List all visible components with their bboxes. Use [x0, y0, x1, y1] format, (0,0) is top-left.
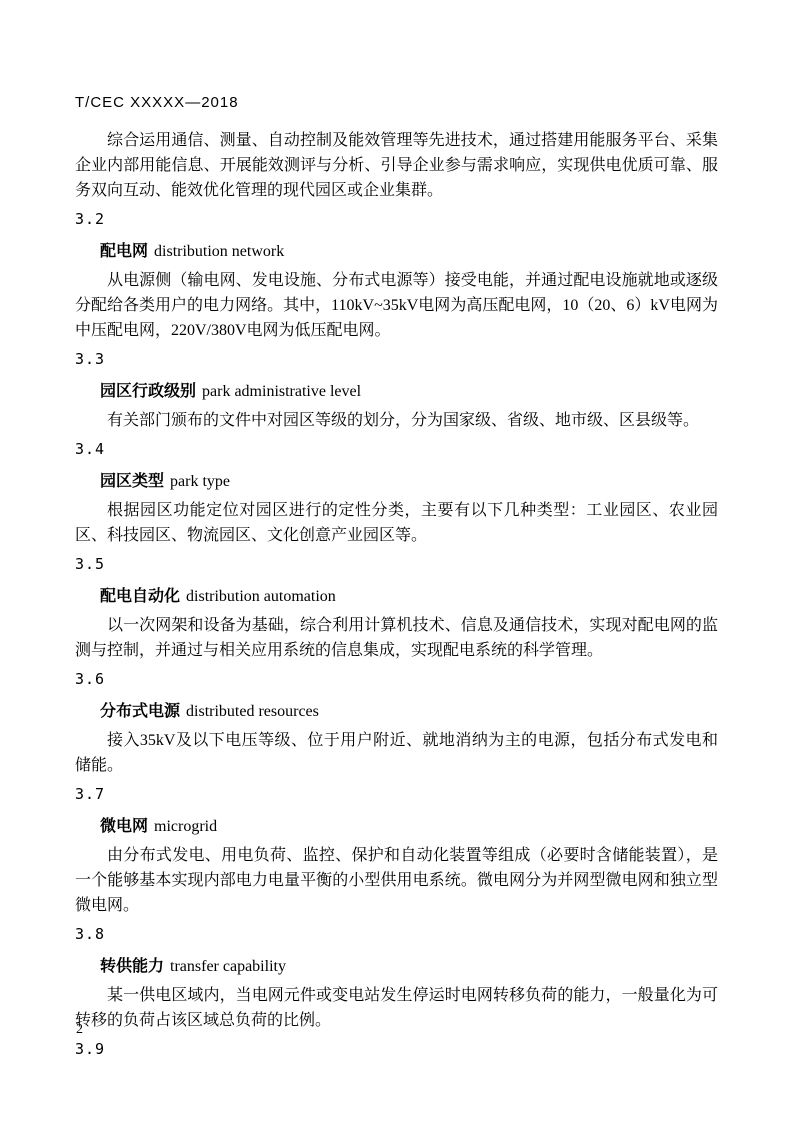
- section-number: 3.2: [75, 207, 718, 232]
- term-english: distribution network: [154, 243, 284, 260]
- term-chinese: 配电网: [100, 243, 148, 260]
- section-number: 3.9: [75, 1037, 718, 1062]
- term-line: 配电自动化distribution automation: [75, 584, 718, 609]
- document-page: T/CEC XXXXX—2018 综合运用通信、测量、自动控制及能效管理等先进技…: [0, 0, 793, 1122]
- term-definition: 从电源侧（输电网、发电设施、分布式电源等）接受电能，并通过配电设施就地或逐级分配…: [75, 268, 718, 343]
- section-number: 3.5: [75, 552, 718, 577]
- document-header-code: T/CEC XXXXX—2018: [75, 93, 718, 113]
- term-english: park type: [170, 473, 230, 490]
- term-chinese: 配电自动化: [100, 588, 180, 605]
- term-chinese: 微电网: [100, 818, 148, 835]
- term-line: 转供能力transfer capability: [75, 954, 718, 979]
- section-number: 3.6: [75, 667, 718, 692]
- section-3-4: 3.4 园区类型park type 根据园区功能定位对园区进行的定性分类，主要有…: [75, 437, 718, 548]
- term-definition: 由分布式发电、用电负荷、监控、保护和自动化装置等组成（必要时含储能装置），是一个…: [75, 843, 718, 918]
- term-english: distribution automation: [186, 588, 336, 605]
- section-number: 3.8: [75, 922, 718, 947]
- section-3-5: 3.5 配电自动化distribution automation 以一次网架和设…: [75, 552, 718, 663]
- term-definition: 接入35kV及以下电压等级、位于用户附近、就地消纳为主的电源，包括分布式发电和储…: [75, 728, 718, 778]
- section-number: 3.4: [75, 437, 718, 462]
- section-number: 3.7: [75, 782, 718, 807]
- term-english: distributed resources: [186, 703, 319, 720]
- section-3-6: 3.6 分布式电源distributed resources 接入35kV及以下…: [75, 667, 718, 778]
- term-english: microgrid: [154, 818, 217, 835]
- term-chinese: 分布式电源: [100, 703, 180, 720]
- term-line: 园区行政级别park administrative level: [75, 379, 718, 404]
- section-3-9: 3.9: [75, 1037, 718, 1062]
- term-definition: 以一次网架和设备为基础，综合利用计算机技术、信息及通信技术，实现对配电网的监测与…: [75, 613, 718, 663]
- term-definition: 有关部门颁布的文件中对园区等级的划分，分为国家级、省级、地市级、区县级等。: [75, 408, 718, 433]
- term-definition: 根据园区功能定位对园区进行的定性分类，主要有以下几种类型：工业园区、农业园区、科…: [75, 498, 718, 548]
- section-3-2: 3.2 配电网distribution network 从电源侧（输电网、发电设…: [75, 207, 718, 343]
- term-english: transfer capability: [170, 958, 286, 975]
- section-3-3: 3.3 园区行政级别park administrative level 有关部门…: [75, 347, 718, 433]
- term-chinese: 园区类型: [100, 473, 164, 490]
- intro-paragraph: 综合运用通信、测量、自动控制及能效管理等先进技术，通过搭建用能服务平台、采集企业…: [75, 128, 718, 203]
- page-number: 2: [76, 1021, 83, 1039]
- term-definition: 某一供电区域内，当电网元件或变电站发生停运时电网转移负荷的能力，一般量化为可转移…: [75, 983, 718, 1033]
- section-3-7: 3.7 微电网microgrid 由分布式发电、用电负荷、监控、保护和自动化装置…: [75, 782, 718, 918]
- section-3-8: 3.8 转供能力transfer capability 某一供电区域内，当电网元…: [75, 922, 718, 1033]
- term-line: 微电网microgrid: [75, 814, 718, 839]
- term-english: park administrative level: [202, 383, 361, 400]
- term-chinese: 转供能力: [100, 958, 164, 975]
- term-line: 园区类型park type: [75, 469, 718, 494]
- section-number: 3.3: [75, 347, 718, 372]
- term-line: 配电网distribution network: [75, 239, 718, 264]
- term-line: 分布式电源distributed resources: [75, 699, 718, 724]
- term-chinese: 园区行政级别: [100, 383, 196, 400]
